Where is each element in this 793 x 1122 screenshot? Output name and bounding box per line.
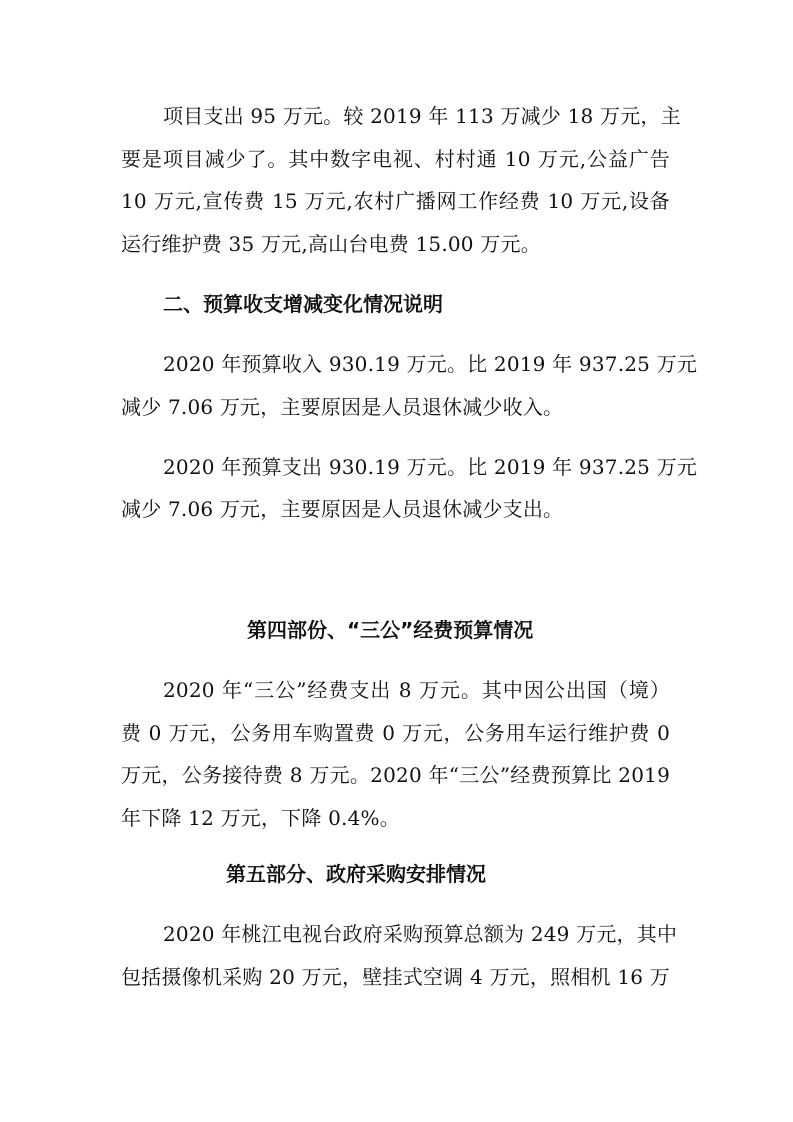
part-four-heading: 第四部份、“三公”经费预算情况 (247, 618, 533, 642)
paragraph-line: 万元，公务接待费 8 万元。2020 年“三公”经费预算比 2019 (121, 763, 670, 787)
paragraph-line: 减少 7.06 万元，主要原因是人员退休减少收入。 (121, 395, 670, 419)
paragraph-line: 2020 年“三公”经费支出 8 万元。其中因公出国（境） (163, 678, 670, 702)
paragraph-line: 2020 年预算支出 930.19 万元。比 2019 年 937.25 万元 (163, 455, 670, 479)
paragraph-line: 2020 年桃江电视台政府采购预算总额为 249 万元，其中 (163, 922, 670, 946)
paragraph-line: 要是项目减少了。其中数字电视、村村通 10 万元,公益广告 (121, 147, 670, 171)
paragraph-line: 包括摄像机采购 20 万元，壁挂式空调 4 万元，照相机 16 万 (121, 965, 670, 989)
document-page: 项目支出 95 万元。较 2019 年 113 万减少 18 万元，主 要是项目… (0, 0, 793, 1122)
paragraph-line: 运行维护费 35 万元,高山台电费 15.00 万元。 (121, 232, 670, 256)
paragraph-line: 10 万元,宣传费 15 万元,农村广播网工作经费 10 万元,设备 (121, 189, 670, 213)
part-five-heading: 第五部分、政府采购安排情况 (226, 862, 486, 886)
section-heading-budget-change: 二、预算收支增减变化情况说明 (163, 292, 443, 316)
paragraph-line: 年下降 12 万元，下降 0.4%。 (121, 806, 670, 830)
paragraph-line: 费 0 万元，公务用车购置费 0 万元，公务用车运行维护费 0 (121, 721, 670, 745)
paragraph-line: 减少 7.06 万元，主要原因是人员退休减少支出。 (121, 497, 670, 521)
paragraph-line: 2020 年预算收入 930.19 万元。比 2019 年 937.25 万元 (163, 352, 670, 376)
paragraph-line: 项目支出 95 万元。较 2019 年 113 万减少 18 万元，主 (163, 104, 670, 128)
